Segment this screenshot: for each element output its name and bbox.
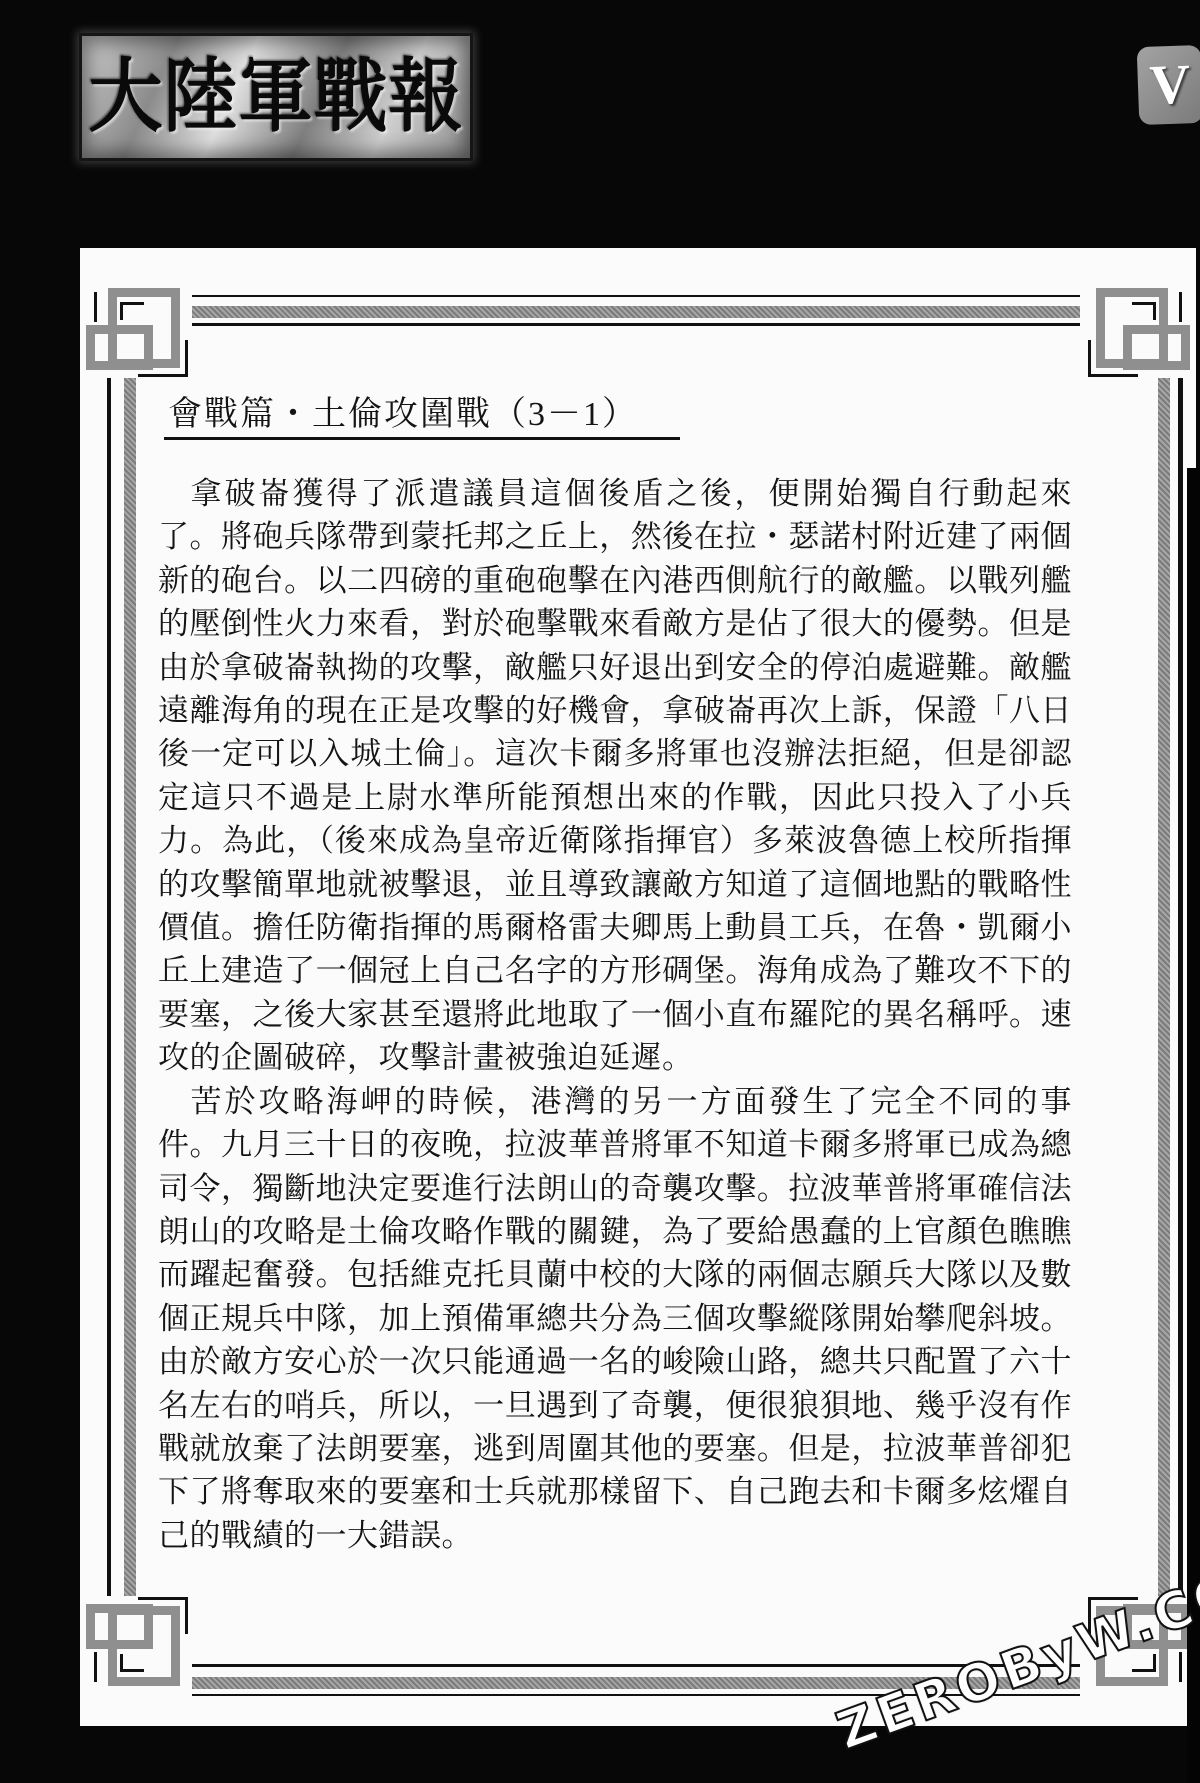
corner-tick: [94, 1652, 97, 1682]
scanned-book-page: 大陸軍戰報 V: [0, 0, 1200, 1783]
corner-inner-angle: [120, 1654, 144, 1672]
frame-band-left: [124, 378, 136, 1596]
corner-outer-angle: [1088, 340, 1138, 377]
frame-band-right: [1158, 378, 1170, 1596]
corner-tick: [94, 292, 97, 322]
body-paragraph: 苦於攻略海岬的時候，港灣的另一方面發生了完全不同的事件。九月三十日的夜晚，拉波華…: [158, 1080, 1072, 1557]
frame-band-top: [192, 306, 1080, 318]
frame-corner-ornament-top-left: [86, 280, 190, 376]
corner-tick: [1179, 1652, 1182, 1682]
section-heading: 會戰篇・土倫攻圍戰（3－1）: [168, 386, 638, 435]
frame-line-top-outer: [192, 295, 1080, 297]
volume-badge-letter: V: [1149, 52, 1192, 117]
corner-outer-angle: [138, 1597, 188, 1634]
corner-inner-angle: [1132, 302, 1156, 320]
masthead-logo-plate: 大陸軍戰報: [82, 36, 470, 158]
frame-line-right: [1178, 378, 1183, 1596]
frame-corner-ornament-top-right: [1086, 280, 1190, 376]
paper-panel: 會戰篇・土倫攻圍戰（3－1） 拿破崙獲得了派遣議員這個後盾之後，便開始獨自行動起…: [80, 248, 1196, 1726]
article-body: 拿破崙獲得了派遣議員這個後盾之後，便開始獨自行動起來了。將砲兵隊帶到蒙托邦之丘上…: [158, 472, 1072, 1557]
corner-outer-angle: [138, 340, 188, 377]
frame-line-left: [107, 378, 111, 1596]
heading-underline: [164, 437, 680, 440]
frame-line-top-inner: [192, 323, 1080, 326]
corner-tick: [1179, 292, 1182, 322]
frame-corner-ornament-bottom-left: [86, 1598, 190, 1694]
corner-inner-angle: [120, 302, 144, 320]
body-paragraph: 拿破崙獲得了派遣議員這個後盾之後，便開始獨自行動起來了。將砲兵隊帶到蒙托邦之丘上…: [158, 472, 1072, 1080]
volume-badge: V: [1137, 45, 1200, 125]
masthead-logo-text: 大陸軍戰報: [89, 57, 464, 137]
